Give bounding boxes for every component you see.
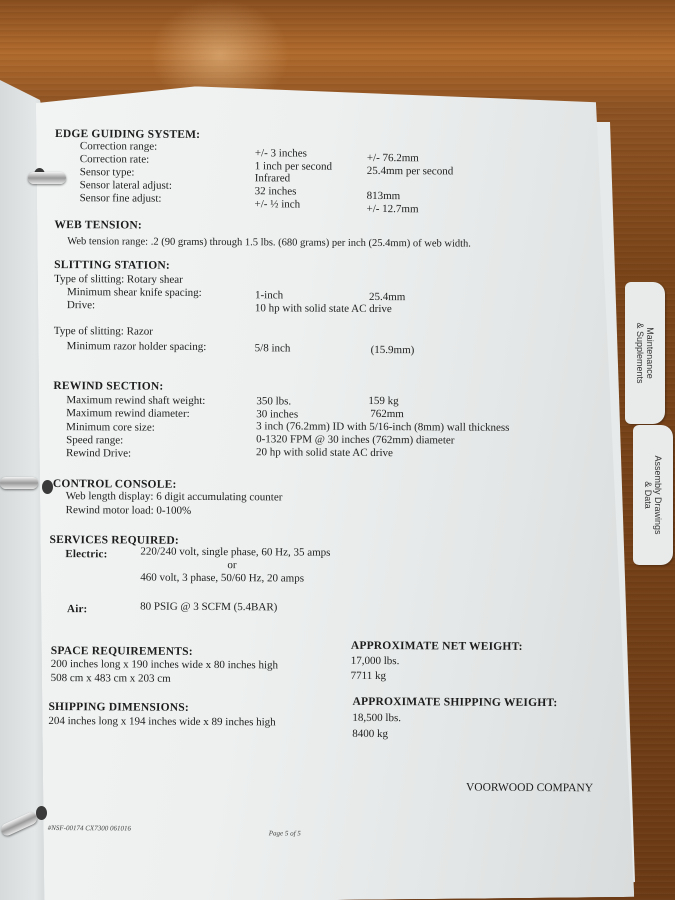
web-tension-range: Web tension range: .2 (90 grams) through… [67,235,471,250]
electric-option-1: 220/240 volt, single phase, 60 Hz, 35 am… [140,546,330,560]
punch-hole [42,480,53,494]
section-title-edge-guiding: EDGE GUIDING SYSTEM: [55,128,200,141]
spec-metric: +/- 76.2mm [367,152,419,165]
page-number: Page 5 of 5 [269,827,301,840]
spec-metric: 762mm [370,408,404,421]
company-name: VOORWOOD COMPANY [466,782,593,796]
binder-ring-middle [0,477,38,489]
net-weight-kg: 7711 kg [351,670,386,683]
air-value: 80 PSIG @ 3 SCFM (5.4BAR) [140,601,277,615]
spec-label: Minimum core size: [66,421,155,435]
control-web-length: Web length display: 6 digit accumulating… [66,490,283,504]
spec-label: Speed range: [66,434,123,447]
section-title-space: SPACE REQUIREMENTS: [51,645,193,658]
shipping-dimensions: 204 inches long x 194 inches wide x 89 i… [48,715,275,729]
section-title-control-console: CONTROL CONSOLE: [53,478,177,491]
document-id: #NSF-00174 CX7300 061016 [48,822,131,836]
spec-metric: 813mm [367,190,401,203]
spec-imperial: 32 inches [255,185,297,198]
spec-metric: +/- 12.7mm [366,203,418,216]
spec-label: Drive: [67,299,95,312]
spec-imperial: +/- 3 inches [255,147,307,160]
air-label: Air: [67,603,87,615]
electric-label: Electric: [65,548,107,560]
spec-label: Correction rate: [80,153,149,166]
space-imperial: 200 inches long x 190 inches wide x 80 i… [51,658,278,672]
spec-label: Minimum razor holder spacing: [67,340,207,354]
spec-label: Sensor type: [80,166,135,179]
spec-metric: (15.9mm) [371,344,415,357]
spec-label: Maximum rewind shaft weight: [66,394,205,408]
control-motor-load: Rewind motor load: 0-100% [66,504,192,518]
section-title-rewind: REWIND SECTION: [53,380,163,393]
spec-imperial: 0-1320 FPM @ 30 inches (762mm) diameter [256,433,454,447]
slitting-type-rotary: Type of slitting: Rotary shear [54,273,183,287]
electric-option-2: 460 volt, 3 phase, 50/60 Hz, 20 amps [140,572,304,586]
spec-label: Minimum shear knife spacing: [67,286,202,300]
space-metric: 508 cm x 483 cm x 203 cm [51,672,171,686]
spec-imperial: 1-inch [255,289,283,302]
spec-metric: 25.4mm per second [367,165,454,179]
spec-imperial: 20 hp with solid state AC drive [256,446,393,460]
slitting-type-razor: Type of slitting: Razor [54,325,153,339]
spec-label: Rewind Drive: [66,447,131,460]
spec-imperial: 10 hp with solid state AC drive [255,302,392,316]
spec-label: Maximum rewind diameter: [66,407,189,421]
page-content: EDGE GUIDING SYSTEM: Correction range: +… [0,0,675,900]
section-title-slitting: SLITTING STATION: [54,259,170,272]
spec-imperial: Infrared [255,172,291,185]
spec-label: Sensor fine adjust: [80,192,162,206]
shipping-weight-lbs: 18,500 lbs. [352,712,401,725]
spec-label: Sensor lateral adjust: [80,179,172,193]
section-title-web-tension: WEB TENSION: [54,219,142,232]
section-title-shipping-dimensions: SHIPPING DIMENSIONS: [48,701,189,714]
shipping-weight-kg: 8400 kg [352,728,388,741]
spec-imperial: 5/8 inch [255,342,291,355]
binder-ring-top [28,172,66,184]
spec-label: Correction range: [80,140,157,153]
spec-metric: 159 kg [368,395,398,408]
section-title-net-weight: APPROXIMATE NET WEIGHT: [351,640,523,653]
spec-imperial: +/- ½ inch [255,198,301,211]
section-title-shipping-weight: APPROXIMATE SHIPPING WEIGHT: [352,696,557,709]
punch-hole [36,806,47,820]
spec-imperial: 350 lbs. [256,395,291,408]
net-weight-lbs: 17,000 lbs. [351,655,400,668]
electric-or: or [227,559,236,572]
